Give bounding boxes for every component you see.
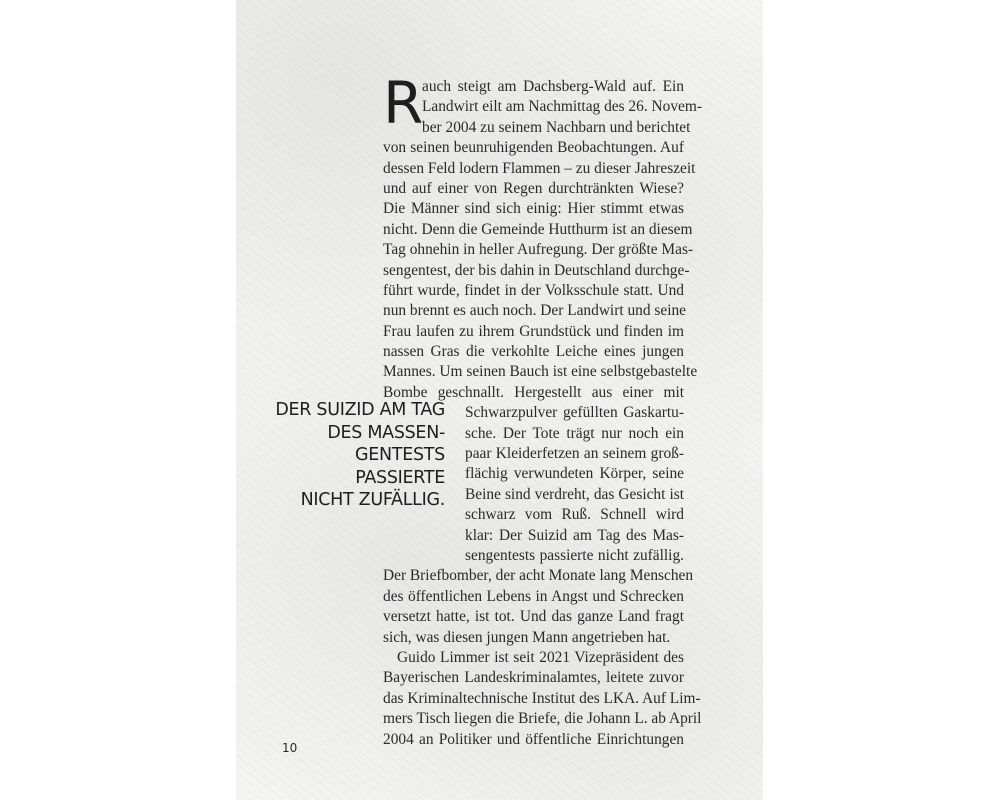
text-line: Die Männer sind sich einig: Hier stimmt … <box>383 199 684 219</box>
text-line: führt wurde, findet in der Volksschule s… <box>383 281 684 301</box>
text-line: sche. Der Tote trägt nur noch ein <box>465 424 684 444</box>
text-line: flächig verwundeten Körper, seine <box>465 464 684 484</box>
text-line: auch steigt am Dachsberg-Wald auf. Ein <box>383 77 684 97</box>
text-line: dessen Feld lodern Flammen – zu dieser J… <box>383 159 684 179</box>
pull-quote-line: GENTESTS PASSIERTE <box>270 444 445 489</box>
text-line: des öffentlichen Lebens in Angst und Sch… <box>383 587 684 607</box>
text-line: Tag ohnehin in heller Aufregung. Der grö… <box>383 240 684 260</box>
text-line: nassen Gras die verkohlte Leiche eines j… <box>383 342 684 362</box>
text-line: Bayerischen Landeskriminalamtes, leitete… <box>383 668 684 688</box>
text-line: paar Kleiderfetzen an seinem groß- <box>465 444 684 464</box>
text-line: versetzt hatte, ist tot. Und das ganze L… <box>383 607 684 627</box>
text-line: das Kriminaltechnische Institut des LKA.… <box>383 689 684 709</box>
pull-quote-line: DER SUIZID AM TAG <box>270 399 445 422</box>
text-line: sengentests passierte nicht zufällig. <box>465 546 684 566</box>
text-line: 2004 an Politiker und öffentliche Einric… <box>383 730 684 750</box>
text-line: sengentest, der bis dahin in Deutschland… <box>383 261 684 281</box>
text-line: und auf einer von Regen durchtränkten Wi… <box>383 179 684 199</box>
pull-quote-line: DES MASSEN- <box>270 422 445 445</box>
text-line: Landwirt eilt am Nachmittag des 26. Nove… <box>383 97 684 117</box>
text-line: Der Briefbomber, der acht Monate lang Me… <box>383 566 684 586</box>
text-line: klar: Der Suizid am Tag des Mas- <box>465 526 684 546</box>
text-line: von seinen beunruhigenden Beobachtungen.… <box>383 138 684 158</box>
text-line: Schwarzpulver gefüllten Gaskartu- <box>465 403 684 423</box>
text-line: Mannes. Um seinen Bauch ist eine selbstg… <box>383 362 684 382</box>
text-line: nun brennt es auch noch. Der Landwirt un… <box>383 301 684 321</box>
text-line: mers Tisch liegen die Briefe, die Johann… <box>383 709 684 729</box>
text-line: Beine sind verdreht, das Gesicht ist <box>465 485 684 505</box>
text-line: ber 2004 zu seinem Nachbarn und berichte… <box>383 118 684 138</box>
pull-quote-line: NICHT ZUFÄLLIG. <box>270 489 445 512</box>
pull-quote: DER SUIZID AM TAG DES MASSEN- GENTESTS P… <box>270 399 445 512</box>
page-number: 10 <box>282 741 297 755</box>
text-line: Guido Limmer ist seit 2021 Vizepräsident… <box>383 648 684 668</box>
text-line: sich, was diesen jungen Mann angetrieben… <box>383 628 684 648</box>
text-line: Frau laufen zu ihrem Grundstück und find… <box>383 322 684 342</box>
text-line: nicht. Denn die Gemeinde Hutthurm ist an… <box>383 220 684 240</box>
text-line: schwarz vom Ruß. Schnell wird <box>465 505 684 525</box>
